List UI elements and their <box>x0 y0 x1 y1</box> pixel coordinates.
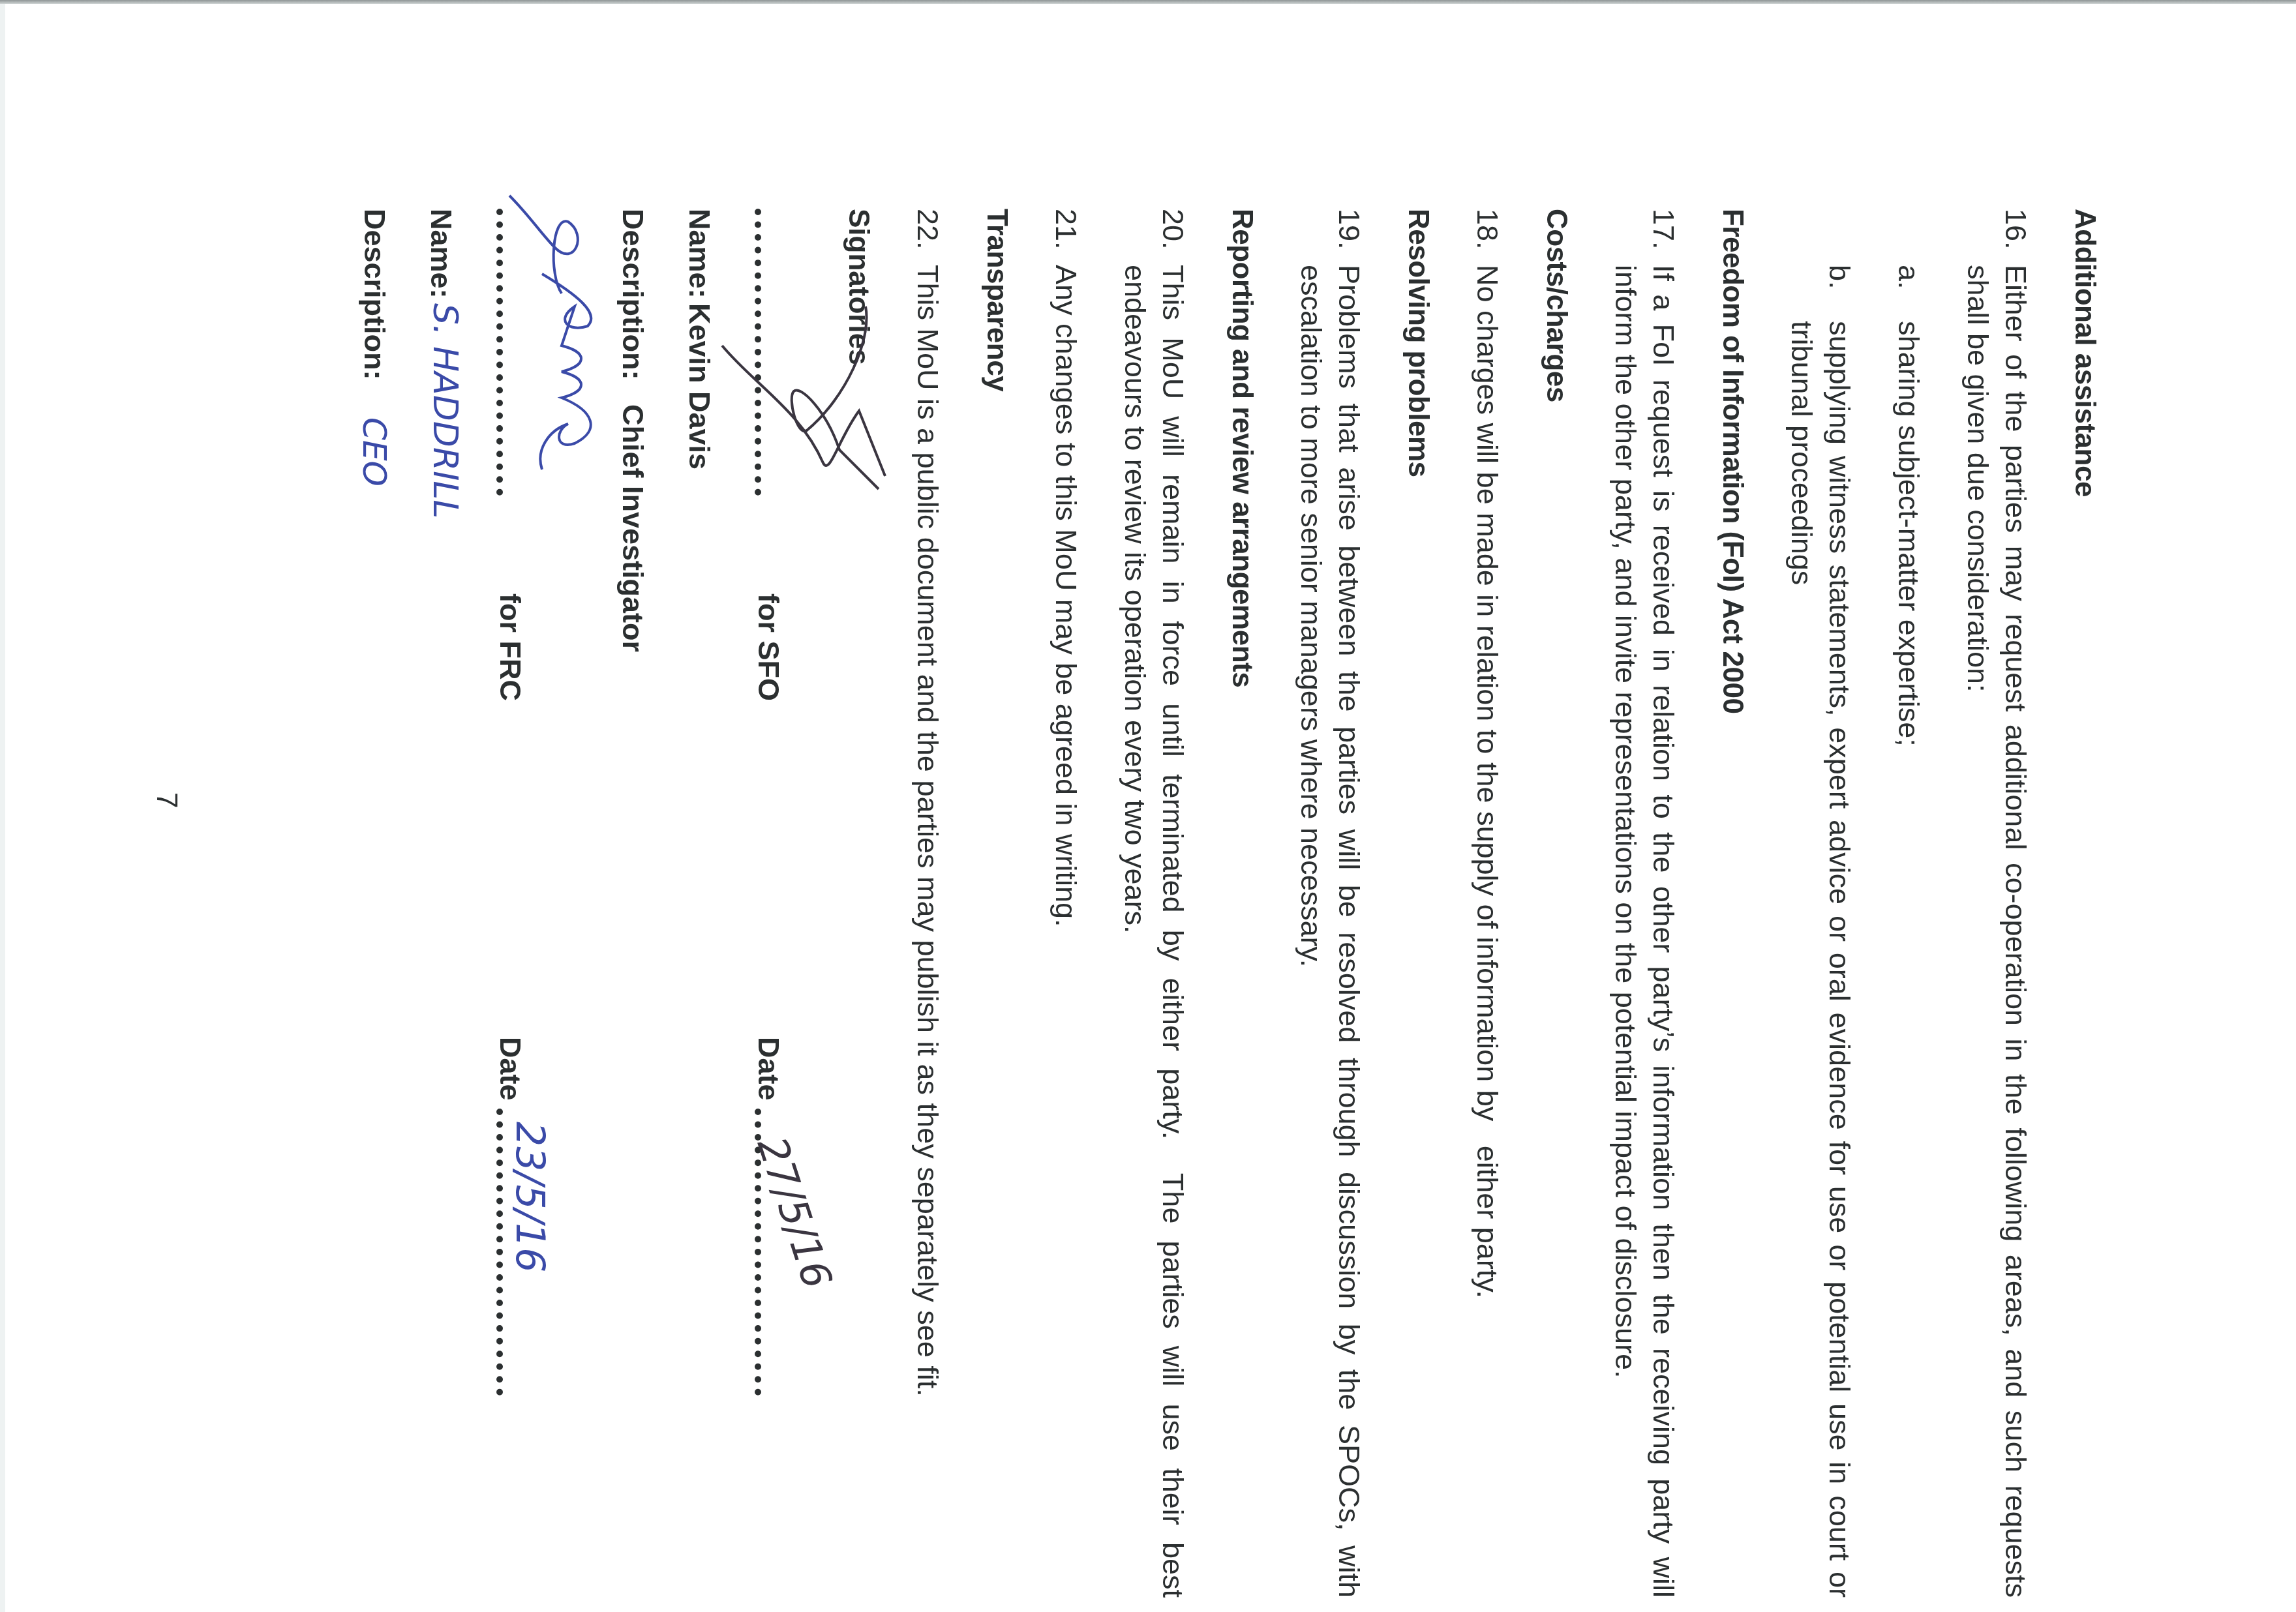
sub-item-a: a. sharing subject-matter expertise; <box>1890 265 1927 1598</box>
paragraph-20: 20. This MoU will remain in force until … <box>1116 209 1192 1598</box>
paragraph-number: 18. <box>1468 209 1506 265</box>
sub-item-text: supplying witness statements, expert adv… <box>1783 321 1858 1598</box>
sub-item-b: b. supplying witness statements, expert … <box>1783 265 1858 1598</box>
section-heading-foi: Freedom of Information (FoI) Act 2000 <box>1714 209 1751 1598</box>
section-heading-additional-assistance: Additional assistance <box>2066 209 2104 1598</box>
description-row-sfo: Description: Chief Investigator <box>614 209 652 1598</box>
paragraph-number: 22. <box>909 209 946 265</box>
paragraph-22: 22. This MoU is a public document and th… <box>909 209 946 1598</box>
signature-sfo-icon <box>716 280 885 496</box>
section-heading-resolving-problems: Resolving problems <box>1399 209 1437 1598</box>
paragraph-text: Problems that arise between the parties … <box>1292 265 1368 1598</box>
page-content: Additional assistance 16. Either of the … <box>327 209 2104 1598</box>
for-sfo-label: for SFO <box>749 593 787 701</box>
paragraph-number: 19. <box>1292 209 1368 265</box>
name-row-frc: Name: S. HADDRILL <box>422 209 460 1598</box>
date-handwritten-frc: 23/5/16 <box>511 1122 549 1272</box>
signature-line-sfo: for SFO Date 27/5/16 <box>749 209 787 1598</box>
description-label: Description: <box>358 209 391 380</box>
paragraph-text: No charges will be made in relation to t… <box>1468 265 1506 1598</box>
signature-frc-icon <box>503 196 614 470</box>
paragraph-text: Either of the parties may request additi… <box>1959 265 2034 1598</box>
signatory-description-sfo: Chief Investigator <box>614 404 652 652</box>
signatory-name-frc: S. HADDRILL <box>426 303 464 518</box>
paragraph-19: 19. Problems that arise between the part… <box>1292 209 1368 1598</box>
description-label: Description: <box>616 209 650 380</box>
signature-dotted-line <box>496 209 503 496</box>
paragraph-text: This MoU is a public document and the pa… <box>909 265 946 1598</box>
signatories-block: Signatories for SFO Date 27/5/16 Name: K… <box>355 209 877 1598</box>
paragraph-text: Any changes to this MoU may be agreed in… <box>1047 265 1085 1598</box>
for-frc-label: for FRC <box>491 593 529 701</box>
signature-line-frc: for FRC Date 23/5/16 <box>491 209 529 1598</box>
name-label: Name: <box>683 209 716 299</box>
section-heading-transparency: Transparency <box>978 209 1016 1598</box>
sub-item-label: a. <box>1890 265 1927 321</box>
name-row-sfo: Name: Kevin Davis <box>680 209 718 1598</box>
paragraph-number: 20. <box>1116 209 1192 265</box>
date-dotted-line-frc <box>496 1109 503 1396</box>
paragraph-text: If a FoI request is received in relation… <box>1607 265 1682 1598</box>
date-label-frc: Date <box>491 1037 529 1101</box>
document-page: Additional assistance 16. Either of the … <box>0 0 2296 1612</box>
signatory-name-sfo: Kevin Davis <box>680 303 718 470</box>
paragraph-17: 17. If a FoI request is received in rela… <box>1607 209 1682 1598</box>
page-number: 7 <box>150 792 183 808</box>
description-row-frc: Description: CEO <box>355 209 393 1598</box>
paragraph-21: 21. Any changes to this MoU may be agree… <box>1047 209 1085 1598</box>
name-label: Name: <box>425 209 458 299</box>
paragraph-number: 17. <box>1607 209 1682 265</box>
paragraph-text: This MoU will remain in force until term… <box>1116 265 1192 1598</box>
date-handwritten-sfo: 27/5/16 <box>752 1133 836 1292</box>
date-label-sfo: Date <box>749 1037 787 1101</box>
paragraph-number: 21. <box>1047 209 1085 265</box>
sub-item-text: sharing subject-matter expertise; <box>1890 321 1927 1598</box>
signatory-description-frc: CEO <box>355 417 393 486</box>
paragraph-number: 16. <box>1959 209 2034 265</box>
paragraph-18: 18. No charges will be made in relation … <box>1468 209 1506 1598</box>
paragraph-16: 16. Either of the parties may request ad… <box>1959 209 2034 1598</box>
sub-item-label: b. <box>1783 265 1858 321</box>
section-heading-costs: Costs/charges <box>1537 209 1575 1598</box>
section-heading-reporting-review: Reporting and review arrangements <box>1223 209 1261 1598</box>
